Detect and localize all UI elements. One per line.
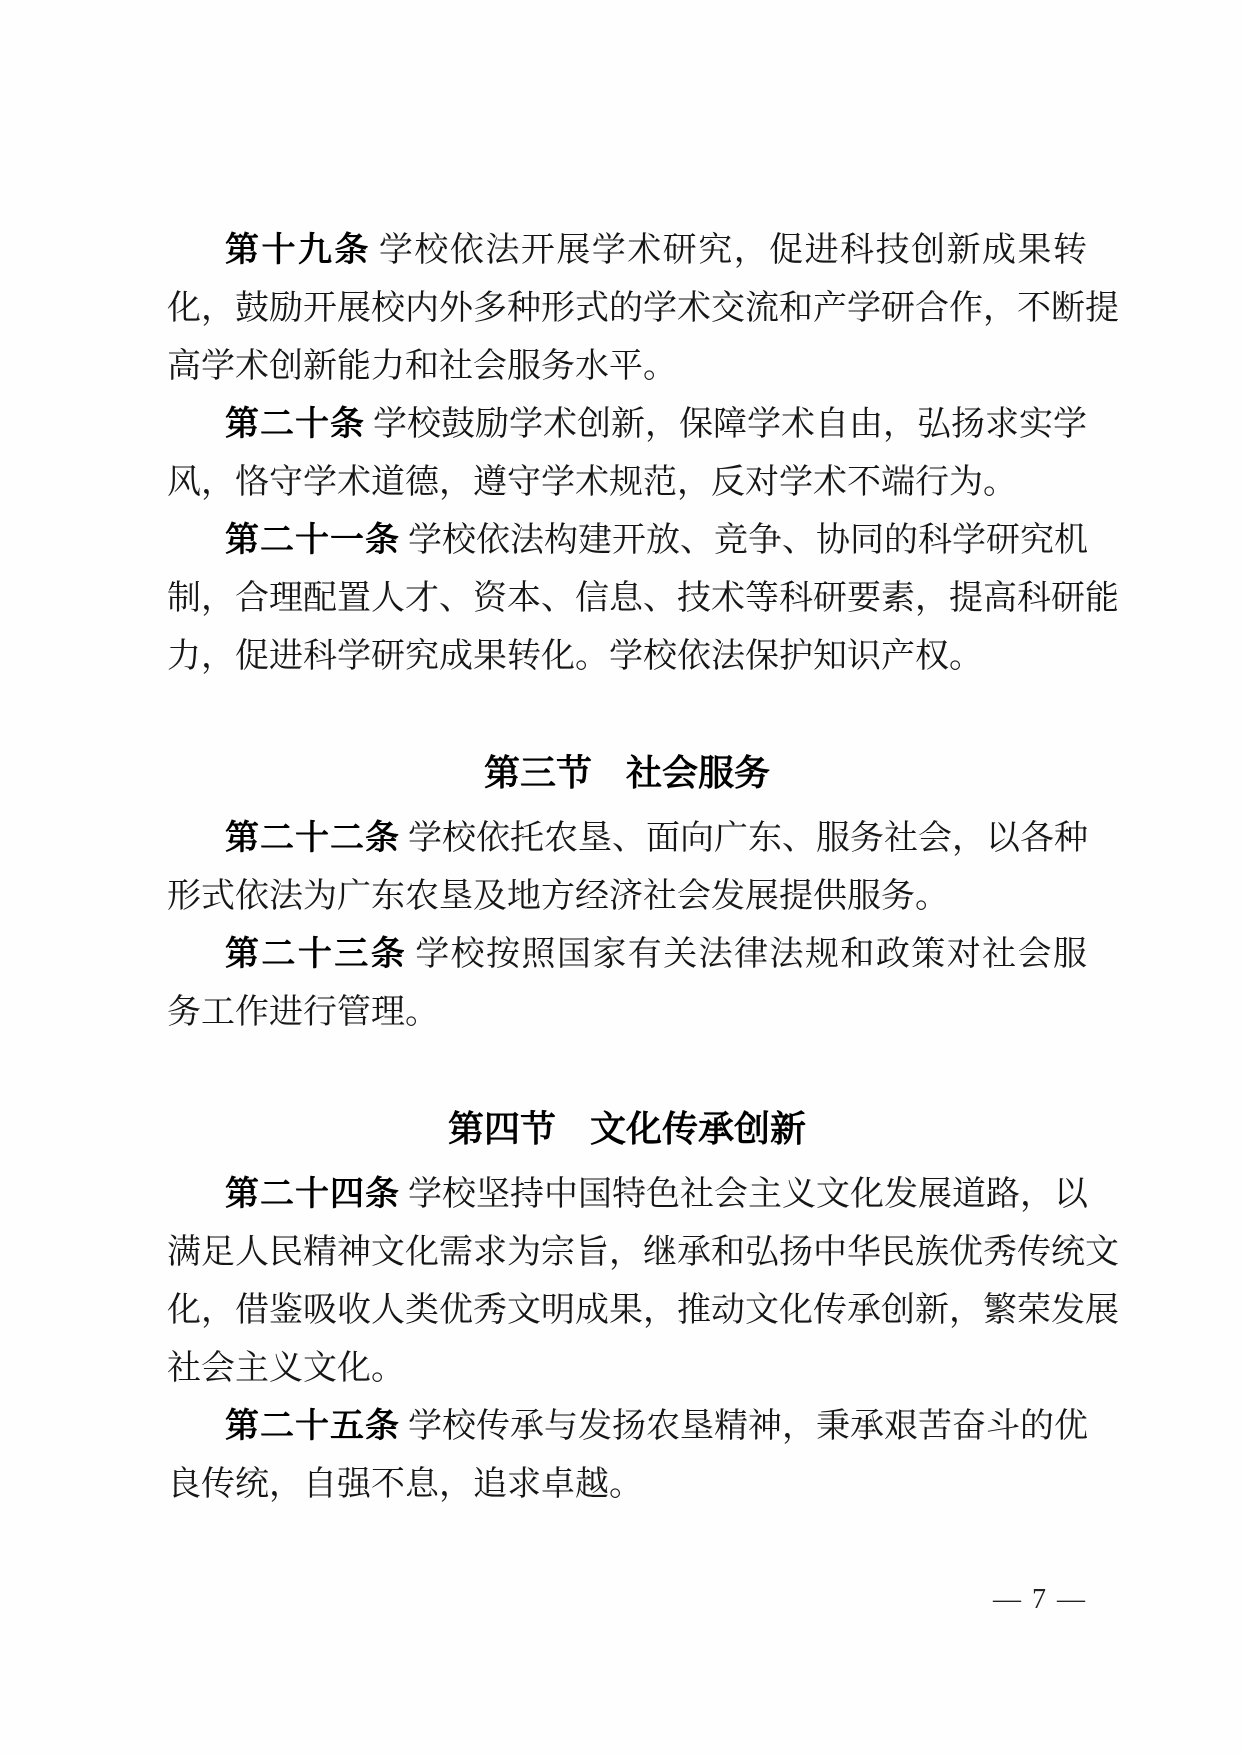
article-paragraph: 第二十四条学校坚持中国特色社会主义文化发展道路，以满足人民精神文化需求为宗旨，继… [167, 1166, 1087, 1398]
article-text: 学校依法构建开放、竞争、协同的科学研究机 [408, 522, 1088, 559]
section-number: 第三节 [484, 752, 592, 793]
article-paragraph: 第十九条学校依法开展学术研究，促进科技创新成果转化，鼓励开展校内外多种形式的学术… [167, 222, 1087, 396]
body-line: 形式依法为广东农垦及地方经济社会发展提供服务。 [167, 868, 1087, 926]
body-line: 高学术创新能力和社会服务水平。 [167, 338, 1087, 396]
body-line: 务工作进行管理。 [167, 984, 1087, 1042]
article-number: 第二十一条 [225, 522, 400, 559]
article-number: 第二十二条 [225, 820, 400, 857]
article-text: 学校按照国家有关法律法规和政策对社会服 [415, 936, 1087, 973]
page-number: — 7 — [993, 1583, 1087, 1617]
section-number: 第四节 [448, 1108, 556, 1149]
body-line: 第十九条学校依法开展学术研究，促进科技创新成果转 [167, 222, 1087, 280]
body-line: 第二十一条学校依法构建开放、竞争、协同的科学研究机 [167, 512, 1087, 570]
body-line: 良传统，自强不息，追求卓越。 [167, 1456, 1087, 1514]
body-line: 力，促进科学研究成果转化。学校依法保护知识产权。 [167, 628, 1087, 686]
body-line: 化，鼓励开展校内外多种形式的学术交流和产学研合作，不断提 [167, 280, 1087, 338]
article-text: 学校传承与发扬农垦精神，秉承艰苦奋斗的优 [408, 1408, 1088, 1445]
body-line: 第二十三条学校按照国家有关法律法规和政策对社会服 [167, 926, 1087, 984]
body-line: 风，恪守学术道德，遵守学术规范，反对学术不端行为。 [167, 454, 1087, 512]
body-line: 第二十四条学校坚持中国特色社会主义文化发展道路，以 [167, 1166, 1087, 1224]
article-paragraph: 第二十一条学校依法构建开放、竞争、协同的科学研究机制，合理配置人才、资本、信息、… [167, 512, 1087, 686]
article-paragraph: 第二十条学校鼓励学术创新，保障学术自由，弘扬求实学风，恪守学术道德，遵守学术规范… [167, 396, 1087, 512]
body-line: 社会主义文化。 [167, 1340, 1087, 1398]
article-paragraph: 第二十五条学校传承与发扬农垦精神，秉承艰苦奋斗的优良传统，自强不息，追求卓越。 [167, 1398, 1087, 1514]
article-number: 第二十五条 [225, 1408, 400, 1445]
article-text: 学校依法开展学术研究，促进科技创新成果转 [379, 232, 1087, 269]
body-line: 第二十二条学校依托农垦、面向广东、服务社会，以各种 [167, 810, 1087, 868]
section-heading: 第四节文化传承创新 [167, 1100, 1087, 1158]
article-number: 第二十条 [225, 406, 365, 443]
document-body: 第十九条学校依法开展学术研究，促进科技创新成果转化，鼓励开展校内外多种形式的学术… [167, 222, 1087, 1514]
article-number: 第二十三条 [225, 936, 407, 973]
body-line: 化，借鉴吸收人类优秀文明成果，推动文化传承创新，繁荣发展 [167, 1282, 1087, 1340]
article-text: 学校依托农垦、面向广东、服务社会，以各种 [408, 820, 1088, 857]
article-text: 学校鼓励学术创新，保障学术自由，弘扬求实学 [373, 406, 1087, 443]
body-line: 制，合理配置人才、资本、信息、技术等科研要素，提高科研能 [167, 570, 1087, 628]
document-page: 第十九条学校依法开展学术研究，促进科技创新成果转化，鼓励开展校内外多种形式的学术… [0, 0, 1241, 1754]
article-number: 第十九条 [225, 232, 371, 269]
article-number: 第二十四条 [225, 1176, 400, 1213]
body-line: 满足人民精神文化需求为宗旨，继承和弘扬中华民族优秀传统文 [167, 1224, 1087, 1282]
body-line: 第二十条学校鼓励学术创新，保障学术自由，弘扬求实学 [167, 396, 1087, 454]
article-text: 学校坚持中国特色社会主义文化发展道路，以 [408, 1176, 1088, 1213]
article-paragraph: 第二十三条学校按照国家有关法律法规和政策对社会服务工作进行管理。 [167, 926, 1087, 1042]
section-title: 社会服务 [626, 752, 770, 793]
section-heading: 第三节社会服务 [167, 744, 1087, 802]
article-paragraph: 第二十二条学校依托农垦、面向广东、服务社会，以各种形式依法为广东农垦及地方经济社… [167, 810, 1087, 926]
section-title: 文化传承创新 [590, 1108, 806, 1149]
body-line: 第二十五条学校传承与发扬农垦精神，秉承艰苦奋斗的优 [167, 1398, 1087, 1456]
